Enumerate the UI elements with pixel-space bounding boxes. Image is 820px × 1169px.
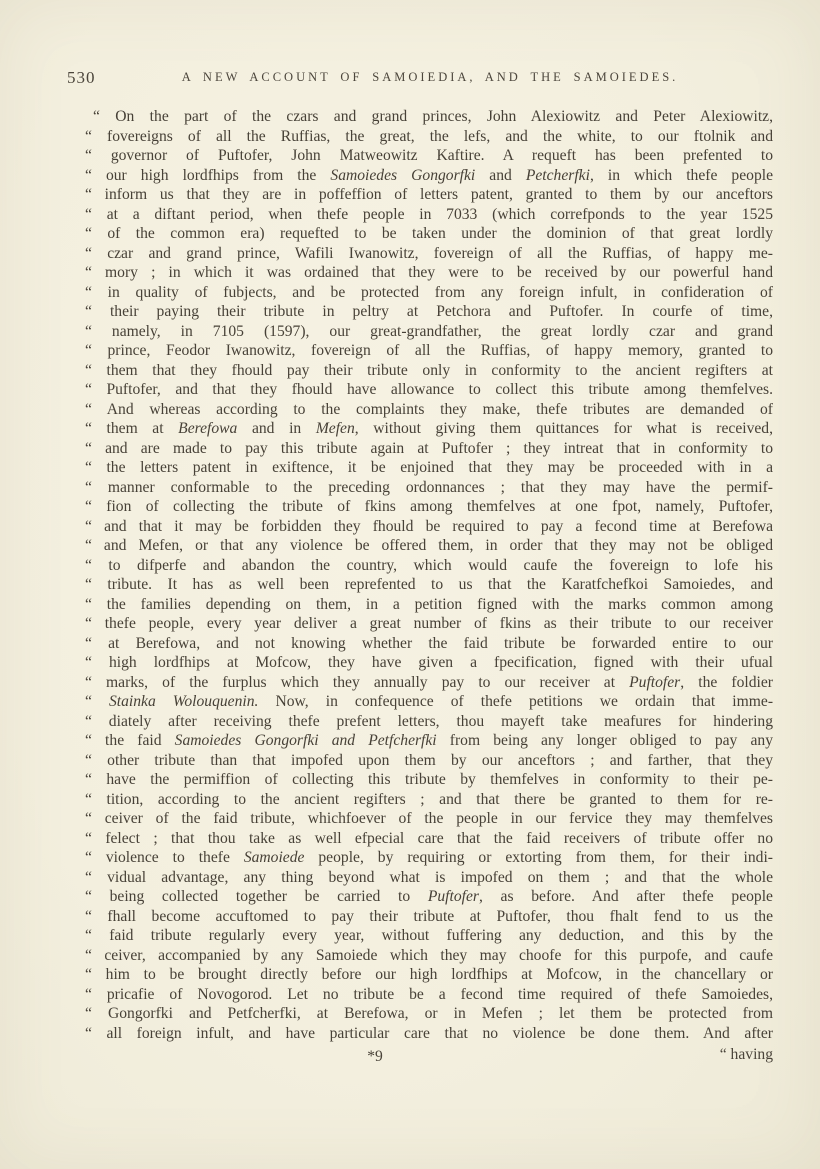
text-line: “ all foreign infult, and have particula… <box>85 1024 773 1044</box>
text-line: “ them at Berefowa and in Mefen, without… <box>85 419 773 439</box>
text-line: “ diately after receiving thefe prefent … <box>85 712 773 732</box>
text-line: “ On the part of the czars and grand pri… <box>85 107 773 127</box>
text-line: “ Stainka Wolouquenin. Now, in confequen… <box>85 692 773 712</box>
text-line: “ vidual advantage, any thing beyond wha… <box>85 868 773 888</box>
text-line: “ fion of collecting the tribute of fkin… <box>85 497 773 517</box>
text-line: “ governor of Puftofer, John Matweowitz … <box>85 146 773 166</box>
text-line: “ being collected together be carried to… <box>85 887 773 907</box>
text-line: “ Gongorfki and Petfcherfki, at Berefowa… <box>85 1004 773 1024</box>
text-line: “ pricafie of Novogorod. Let no tribute … <box>85 985 773 1005</box>
text-line: “ at a diftant period, when thefe people… <box>85 205 773 225</box>
text-line: “ the families depending on them, in a p… <box>85 595 773 615</box>
body-text: “ On the part of the czars and grand pri… <box>85 107 773 1043</box>
text-line: “ other tribute than that impofed upon t… <box>85 751 773 771</box>
text-line: “ and Mefen, or that any violence be off… <box>85 536 773 556</box>
text-line: “ namely, in 7105 (1597), our great-gran… <box>85 322 773 342</box>
text-line: “ inform us that they are in poffeffion … <box>85 185 773 205</box>
text-line: “ And whereas according to the complaint… <box>85 400 773 420</box>
text-line: “ of the common era) requefted to be tak… <box>85 224 773 244</box>
text-line: “ czar and grand prince, Wafili Iwanowit… <box>85 244 773 264</box>
text-line: “ Puftofer, and that they fhould have al… <box>85 380 773 400</box>
text-line: “ mory ; in which it was ordained that t… <box>85 263 773 283</box>
text-line: “ faid tribute regularly every year, wit… <box>85 926 773 946</box>
text-line: “ the letters patent in exiftence, it be… <box>85 458 773 478</box>
text-line: “ their paying their tribute in peltry a… <box>85 302 773 322</box>
text-line: “ prince, Feodor Iwanowitz, fovereign of… <box>85 341 773 361</box>
text-line: “ ceiver, accompanied by any Samoiede wh… <box>85 946 773 966</box>
page-header: 530 A NEW ACCOUNT OF SAMOIEDIA, AND THE … <box>0 66 820 90</box>
page-number: 530 <box>67 68 96 88</box>
text-line: “ fovereigns of all the Ruffias, the gre… <box>85 127 773 147</box>
text-line: “ violence to thefe Samoiede people, by … <box>85 848 773 868</box>
running-title: A NEW ACCOUNT OF SAMOIEDIA, AND THE SAMO… <box>120 70 740 85</box>
text-line: “ him to be brought directly before our … <box>85 965 773 985</box>
text-line: “ the faid Samoiedes Gongorfki and Petfc… <box>85 731 773 751</box>
signature-mark: *9 <box>335 1048 415 1066</box>
text-line: “ ceiver of the faid tribute, whichfoeve… <box>85 809 773 829</box>
text-line: “ marks, of the furplus which they annua… <box>85 673 773 693</box>
text-line: “ thefe people, every year deliver a gre… <box>85 614 773 634</box>
catchword: “ having <box>720 1046 773 1064</box>
text-line: “ tribute. It has as well been reprefent… <box>85 575 773 595</box>
text-line: “ them that they fhould pay their tribut… <box>85 361 773 381</box>
page-footer: *9 “ having <box>85 1046 773 1068</box>
text-line: “ and that it may be forbidden they fhou… <box>85 517 773 537</box>
text-line: “ fhall become accuftomed to pay their t… <box>85 907 773 927</box>
text-line: “ our high lordfhips from the Samoiedes … <box>85 166 773 186</box>
text-line: “ and are made to pay this tribute again… <box>85 439 773 459</box>
text-line: “ to difperfe and abandon the country, w… <box>85 556 773 576</box>
text-line: “ high lordfhips at Mofcow, they have gi… <box>85 653 773 673</box>
text-line: “ in quality of fubjects, and be protect… <box>85 283 773 303</box>
text-line: “ have the permiffion of collecting this… <box>85 770 773 790</box>
text-line: “ manner conformable to the preceding or… <box>85 478 773 498</box>
text-line: “ tition, according to the ancient regif… <box>85 790 773 810</box>
text-line: “ felect ; that thou take as well efpeci… <box>85 829 773 849</box>
text-line: “ at Berefowa, and not knowing whether t… <box>85 634 773 654</box>
